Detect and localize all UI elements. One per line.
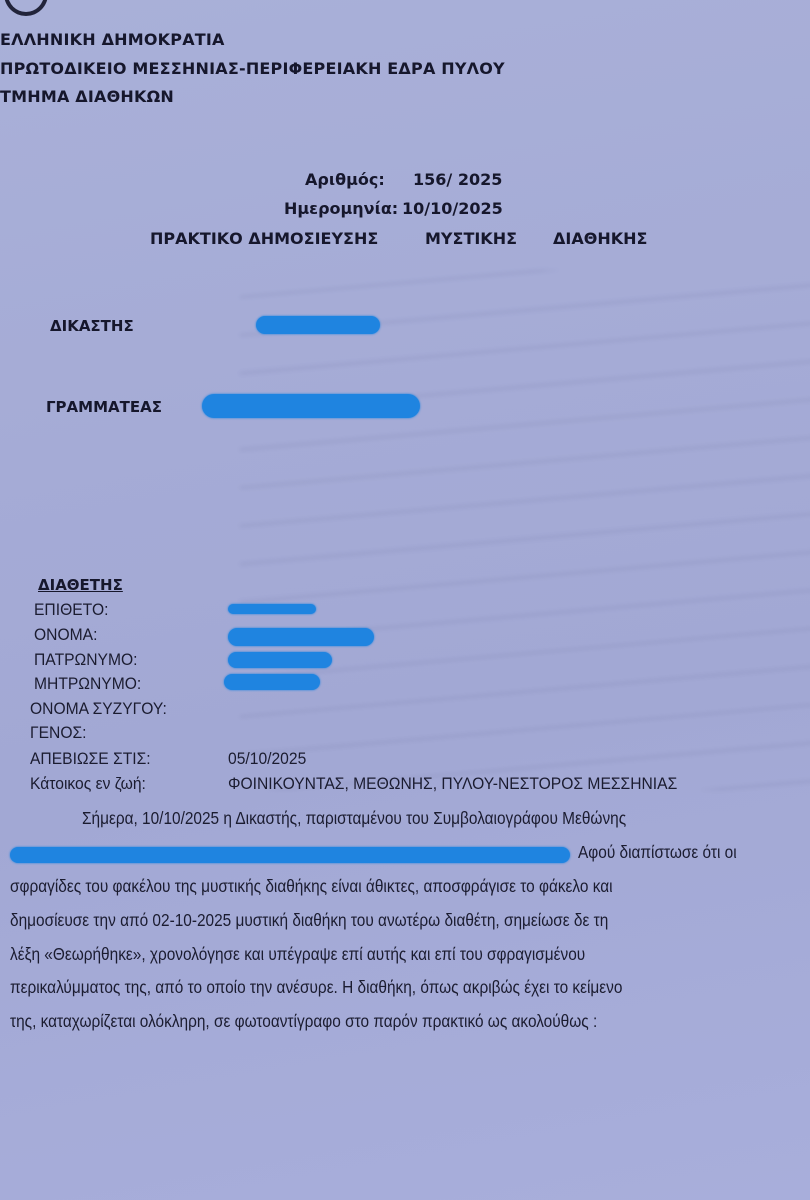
document-title-part3: ΔΙΑΘΗΚΗΣ <box>553 229 647 248</box>
field-mother-redaction <box>224 674 320 690</box>
field-surname-label: ΕΠΙΘΕΤΟ: <box>34 600 108 620</box>
bleed-through-handwriting <box>240 270 810 790</box>
judge-name-redaction <box>256 316 380 334</box>
field-father-label: ΠΑΤΡΩΝΥΜΟ: <box>34 650 138 670</box>
field-residence-value: ΦΟΙΝΙΚΟΥΝΤΑΣ, ΜΕΘΩΝΗΣ, ΠΥΛΟΥ-ΝΕΣΤΟΡΟΣ ΜΕ… <box>228 774 677 794</box>
header-republic: ΕΛΛΗΝΙΚΗ ΔΗΜΟΚΡΑΤΙΑ <box>0 30 225 49</box>
field-father-redaction <box>228 652 332 668</box>
testator-heading: ΔΙΑΘΕΤΗΣ <box>38 576 123 594</box>
field-surname-redaction <box>228 604 316 614</box>
date-value: 10/10/2025 <box>402 199 503 218</box>
body-line-6: περικαλύμματος της, από το οποίο την ανέ… <box>10 977 740 998</box>
field-death-date-value: 05/10/2025 <box>228 749 306 769</box>
header-court: ΠΡΩΤΟΔΙΚΕΙΟ ΜΕΣΣΗΝΙΑΣ-ΠΕΡΙΦΕΡΕΙΑΚΗ ΕΔΡΑ … <box>0 59 505 78</box>
field-genos-label: ΓΕΝΟΣ: <box>30 723 87 743</box>
field-name-label: ΟΝΟΜΑ: <box>34 625 97 645</box>
field-name-redaction <box>228 628 374 646</box>
body-line-2: Αφού διαπίστωσε ότι οι <box>578 842 810 863</box>
body-line-5: λέξη «Θεωρήθηκε», χρονολόγησε και υπέγρα… <box>10 944 740 965</box>
judge-label: ΔΙΚΑΣΤΗΣ <box>50 317 134 335</box>
secretary-name-redaction <box>202 394 420 418</box>
field-spouse-label: ΟΝΟΜΑ ΣΥΖΥΓΟΥ: <box>30 699 167 719</box>
secretary-label: ΓΡΑΜΜΑΤΕΑΣ <box>46 398 162 416</box>
number-label: Αριθμός: <box>305 170 385 189</box>
field-residence-label: Κάτοικος εν ζωή: <box>30 774 146 794</box>
field-death-date-label: ΑΠΕΒΙΩΣΕ ΣΤΙΣ: <box>30 749 151 769</box>
field-mother-label: ΜΗΤΡΩΝΥΜΟ: <box>34 674 141 694</box>
greek-republic-emblem-icon <box>4 0 48 16</box>
document-title-part1: ΠΡΑΚΤΙΚΟ ΔΗΜΟΣΙΕΥΣΗΣ <box>150 229 378 248</box>
date-label: Ημερομηνία: <box>284 199 398 218</box>
body-line-1: Σήμερα, 10/10/2025 η Δικαστής, παρισταμέ… <box>82 808 810 829</box>
document-page: ΕΛΛΗΝΙΚΗ ΔΗΜΟΚΡΑΤΙΑ ΠΡΩΤΟΔΙΚΕΙΟ ΜΕΣΣΗΝΙΑ… <box>0 0 810 1200</box>
document-title-part2: ΜΥΣΤΙΚΗΣ <box>425 229 517 248</box>
header-department: ΤΜΗΜΑ ΔΙΑΘΗΚΩΝ <box>0 87 174 106</box>
body-line-4: δημοσίευσε την από 02-10-2025 μυστική δι… <box>10 910 740 931</box>
notary-name-redaction <box>10 847 570 863</box>
number-value: 156/ 2025 <box>413 170 502 189</box>
body-line-7: της, καταχωρίζεται ολόκληρη, σε φωτοαντί… <box>10 1011 740 1032</box>
body-line-3: σφραγίδες του φακέλου της μυστικής διαθή… <box>10 876 740 897</box>
